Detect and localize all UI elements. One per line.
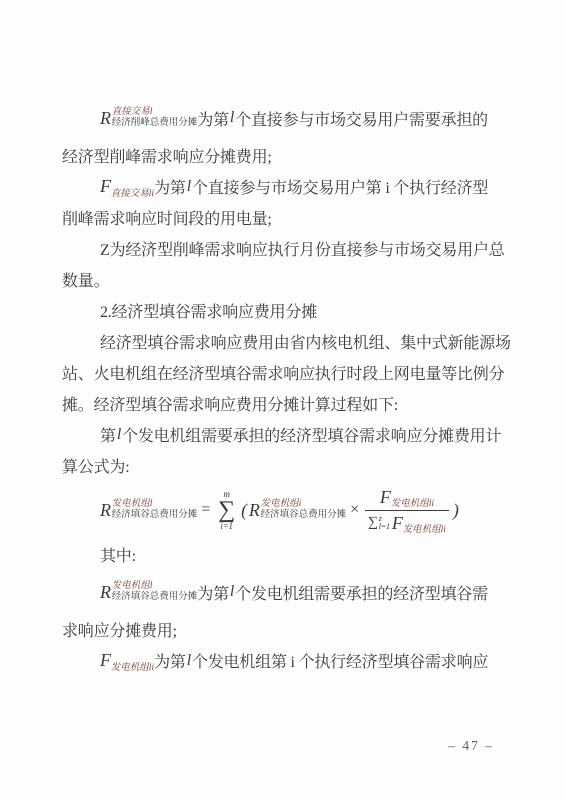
sum-lower-limit: i=1 — [220, 522, 232, 531]
variable-base: R — [100, 108, 111, 129]
paragraph-z-total: Z为经济型削峰需求响应执行月份直接参与市场交易用户总 — [62, 233, 508, 264]
paragraph-f-direct-trade: F直接交易li为第l个直接参与市场交易用户第 i 个执行经济型 — [62, 171, 508, 202]
text-run: 个发电机组需要承担的经济型填谷需求响应分摊费用计 — [122, 423, 501, 446]
sigma-icon: ∑ — [368, 516, 378, 530]
subscript: 发电机组li — [391, 495, 434, 509]
subscript: 经济削峰总费用分摊 — [112, 118, 198, 129]
variable-with-subscript: F发电机组li — [100, 650, 154, 671]
text-run: 个直接参与市场交易用户第 i 个执行经济型 — [192, 175, 488, 198]
text-run: 2.经济型填谷需求响应费用分摊 — [100, 299, 317, 322]
text-run: 求响应分摊费用; — [62, 618, 177, 641]
variable-with-scripts: R发电机组i经济填谷总费用分摊 — [249, 499, 346, 521]
subscript: 经济填谷总费用分摊 — [112, 592, 198, 603]
parenthesis: ) — [453, 500, 459, 521]
inline-summation: ∑zl=1 — [368, 515, 390, 531]
text-line: 经济型填谷需求响应费用由省内核电机组、集中式新能源场 — [62, 326, 508, 357]
paragraph-f-generator: F发电机组li为第l个发电机组第 i 个执行经济型填谷需求响应 — [62, 645, 508, 676]
superscript: 发电机组i — [261, 499, 347, 510]
text-run: 经济型削峰需求响应分摊费用; — [62, 144, 272, 167]
text-run: 站、火电机组在经济型填谷需求响应执行时段上网电量等比例分 — [62, 361, 504, 384]
text-run: 个直接参与市场交易用户需要承担的 — [235, 107, 488, 130]
script-stack: 发电机组l经济填谷总费用分摊 — [112, 581, 198, 603]
text-run: 其中: — [100, 543, 136, 566]
text-run: 算公式为: — [62, 454, 129, 477]
variable-base: F — [380, 487, 391, 508]
text-line: 算公式为: — [62, 450, 508, 481]
text-line: 削峰需求响应时间段的用电量; — [62, 202, 508, 233]
denominator: ∑zl=1F发电机组li — [365, 513, 449, 534]
fraction: F发电机组li∑zl=1F发电机组li — [365, 487, 449, 534]
subscript: 直接交易li — [111, 185, 154, 199]
text-line: 站、火电机组在经济型填谷需求响应执行时段上网电量等比例分 — [62, 357, 508, 388]
text-line: 数量。 — [62, 264, 508, 295]
variable-base: R — [249, 500, 260, 521]
variable-with-subscript: F发电机组li — [392, 513, 446, 534]
superscript: 发电机组l — [112, 499, 198, 510]
text-line: 摊。经济型填谷需求响应费用分摊计算过程如下: — [62, 388, 508, 419]
script-stack: zl=1 — [379, 515, 390, 531]
variable-base: F — [100, 176, 111, 197]
script-stack: 直接交易l经济削峰总费用分摊 — [112, 107, 198, 129]
text-run: 为第 — [197, 107, 229, 130]
subscript: 经济填谷总费用分摊 — [112, 510, 198, 521]
page-number: – 47 – — [448, 738, 494, 754]
superscript: 发电机组l — [112, 581, 198, 592]
document-page: R直接交易l经济削峰总费用分摊为第l个直接参与市场交易用户需要承担的经济型削峰需… — [0, 0, 566, 800]
superscript: 直接交易l — [112, 107, 198, 118]
variable-base: R — [100, 582, 111, 603]
sigma-icon: ∑ — [218, 499, 235, 522]
operator: × — [350, 501, 359, 519]
variable-with-scripts: R发电机组l经济填谷总费用分摊 — [100, 581, 197, 603]
summation: m∑i=1 — [218, 490, 235, 531]
text-run: 经济型填谷需求响应费用由省内核电机组、集中式新能源场 — [100, 330, 511, 353]
numerator: F发电机组li — [377, 487, 437, 508]
document-body: R直接交易l经济削峰总费用分摊为第l个直接参与市场交易用户需要承担的经济型削峰需… — [62, 96, 508, 676]
text-run: Z为经济型削峰需求响应执行月份直接参与市场交易用户总 — [100, 237, 505, 260]
text-run: 个发电机组第 i 个执行经济型填谷需求响应 — [192, 649, 488, 672]
subscript: 发电机组li — [111, 659, 154, 673]
section-heading: 2.经济型填谷需求响应费用分摊 — [62, 295, 508, 326]
variable-with-scripts: R直接交易l经济削峰总费用分摊 — [100, 107, 197, 129]
operator: = — [201, 501, 210, 519]
text-run: 削峰需求响应时间段的用电量; — [62, 206, 272, 229]
sum-lower-limit: l=1 — [379, 523, 390, 531]
script-stack: 发电机组i经济填谷总费用分摊 — [261, 499, 347, 521]
text-run: 为第 — [154, 649, 186, 672]
variable-base: R — [100, 500, 111, 521]
allocation-formula: R发电机组l经济填谷总费用分摊=m∑i=1(R发电机组i经济填谷总费用分摊×F发… — [62, 481, 508, 539]
subscript: 经济填谷总费用分摊 — [261, 510, 347, 521]
variable-with-scripts: R发电机组l经济填谷总费用分摊 — [100, 499, 197, 521]
variable-with-subscript: F直接交易li — [100, 176, 154, 197]
script-stack: 发电机组l经济填谷总费用分摊 — [112, 499, 198, 521]
text-run: 第 — [100, 423, 116, 446]
text-line: 求响应分摊费用; — [62, 614, 508, 645]
text-run: 数量。 — [62, 268, 109, 291]
variable-base: F — [100, 650, 111, 671]
text-line: 第l个发电机组需要承担的经济型填谷需求响应分摊费用计 — [62, 419, 508, 450]
variable-base: F — [392, 513, 403, 534]
text-run: 摊。经济型填谷需求响应费用分摊计算过程如下: — [62, 392, 398, 415]
subscript: 发电机组li — [403, 521, 446, 535]
text-run: 为第 — [197, 581, 229, 604]
text-run: 为第 — [154, 175, 186, 198]
text-line: 经济型削峰需求响应分摊费用; — [62, 140, 508, 171]
variable-with-subscript: F发电机组li — [380, 487, 434, 508]
paragraph-r-generator: R发电机组l经济填谷总费用分摊为第l个发电机组需要承担的经济型填谷需 — [62, 570, 508, 614]
text-line: 其中: — [62, 539, 508, 570]
fraction-bar — [365, 510, 449, 511]
paragraph-r-direct-trade: R直接交易l经济削峰总费用分摊为第l个直接参与市场交易用户需要承担的 — [62, 96, 508, 140]
parenthesis: ( — [241, 500, 247, 521]
text-run: 个发电机组需要承担的经济型填谷需 — [235, 581, 488, 604]
